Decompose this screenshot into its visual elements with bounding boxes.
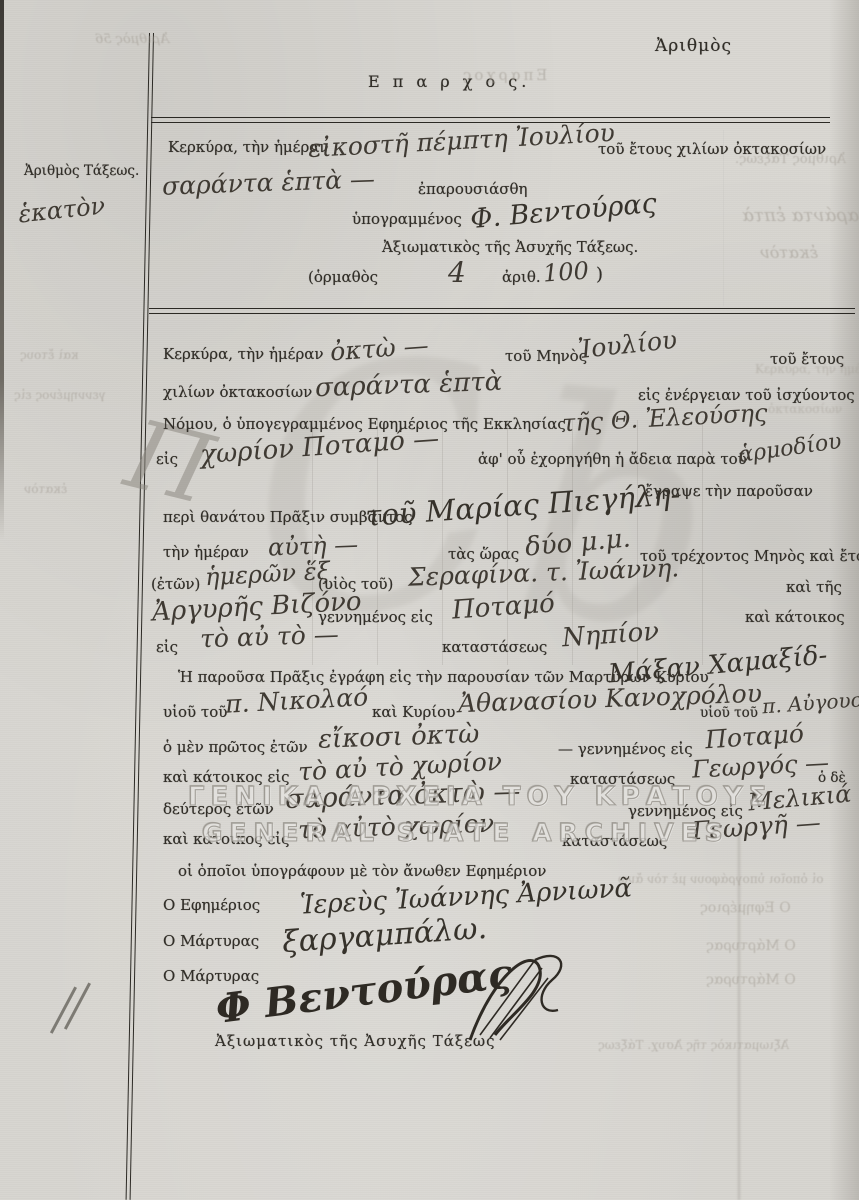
bleed-sign-clause: οἱ ὁποῖοι ὑπογράφουν μὲ τὸν ἄνω: [618, 872, 824, 886]
officer-of-police-label: Ἀξιωματικὸς τῆς Ἀσυχῆς Τάξεως.: [382, 238, 638, 256]
act-witness2-intro-label: καὶ Κυρίου: [372, 703, 455, 721]
act-residence-handwritten: τὸ αὐ τὸ —: [200, 620, 340, 654]
act-witness1-age-label: ὁ μὲν πρῶτος ἐτῶν: [163, 738, 308, 756]
act-village-intro-label: εἰς: [156, 450, 178, 468]
bleed-margin-line: καὶ ἔτους: [20, 348, 78, 362]
left-double-rule: [126, 33, 154, 1200]
officer-title-label: Ἀξιωματικὸς τῆς Ἀσυχῆς Τάξεως: [215, 1032, 496, 1050]
act-year-label: χιλίων ὀκτακοσίων: [163, 383, 312, 401]
scanned-document-page: C b Ἀριθμὸς Ἀριθμὸς 56 Ε π α ρ χ ο ς. Επ…: [0, 0, 859, 1200]
bundle-label: (ὁρμαθὸς: [308, 268, 378, 286]
bleed-eparchos: Επαρχος: [460, 66, 547, 84]
act-status-label: καταστάσεως: [442, 638, 547, 656]
archive-watermark-english: GENERAL STATE ARCHIVES: [202, 818, 730, 847]
closing-paren: ): [596, 264, 603, 285]
bleed-margin-line: ἑκατὸν: [24, 482, 67, 496]
act-day-of-death-label: τὴν ἡμέραν: [163, 543, 249, 561]
order-number-label: Ἀριθμὸς Τάξεως.: [24, 163, 139, 179]
record-number-label: Ἀριθμὸς: [655, 36, 732, 56]
bleed-margin-line: γεννημένος εἰς: [14, 388, 106, 402]
act-signing-clause-label: οἱ ὁποῖοι ὑπογράφουν μὲ τὸν ἄνωθεν Εφημέ…: [178, 862, 546, 880]
page-curl-shading: [829, 0, 859, 1200]
act-witness1-status-handwritten: Γεωργός —: [691, 748, 829, 783]
bleed-mid-right: Κερκύρα, τὴν ἡμέραν: [755, 362, 859, 376]
act-witness2-father-label: υἱοῦ τοῦ: [700, 705, 758, 721]
act-witness1-birthplace-handwritten: Ποταμό: [704, 719, 805, 755]
bleed-officer-title: Ἀξιωματικὸς τῆς Ἀσυχ. Τάξεως: [598, 1038, 789, 1052]
presented-label: ἐπαρουσιάσθη: [418, 180, 528, 198]
bleed-martyras: Ο Μάρτυρας: [706, 938, 796, 954]
pencil-tick-mark: [64, 982, 91, 1029]
act-resident-label: καὶ κάτοικος: [745, 608, 845, 626]
bleed-right-label: Ἀριθμὸς Τάξεως.: [735, 152, 846, 167]
section-divider-rule: [149, 308, 855, 314]
bleed-top-number: Ἀριθμὸς 56: [95, 32, 169, 47]
scan-left-edge: [0, 0, 4, 540]
efimerios-label: Ο Εφημέριος: [163, 896, 260, 914]
act-residence-intro-label: εἰς: [156, 638, 178, 656]
act-witness1-father-label: υἱοῦ τοῦ: [163, 703, 227, 721]
act-license-label: ἀφ' οὗ ἐχορηγήθη ἡ ἄδεια παρὰ τοῦ: [478, 450, 747, 468]
act-and-of-label: καὶ τῆς: [786, 578, 842, 596]
bleed-right-hw: ἑκατὸν: [760, 243, 818, 262]
act-age-label: (ἐτῶν): [151, 575, 200, 593]
act-witness1-father-handwritten: π. Νικολαό: [224, 682, 369, 718]
martyras1-label: Ο Μάρτυρας: [163, 932, 259, 950]
top-double-rule: [151, 117, 830, 123]
presentation-day-handwritten: εἰκοστῆ πέμπτη Ἰουλίου: [307, 118, 615, 163]
act-witness1-born-label: — γεννημένος εἰς: [558, 740, 693, 758]
number-abbrev-label: ἀριθ.: [502, 268, 541, 286]
order-number-handwritten: ἑκατὸν: [17, 192, 107, 229]
act-license-authority-handwritten: ἁρμοδίου: [737, 429, 843, 468]
act-place-day-label: Κερκύρα, τὴν ἡμέραν: [163, 345, 324, 363]
bleed-martyras: Ο Μάρτυρας: [706, 972, 796, 988]
record-number-handwritten: 100: [542, 256, 590, 287]
act-month-label: τοῦ Μηνὸς: [505, 347, 587, 365]
bleed-right-hw: σαράντα ἑπτὰ: [742, 205, 859, 226]
bundle-number-handwritten: 4: [448, 256, 466, 289]
bleed-mid-right: ὀκτακοσίων: [768, 402, 842, 416]
presentation-place-date-label: Κερκύρα, τὴν ἡμέραν: [168, 138, 329, 156]
archive-watermark-greek: ΓΕΝΙΚΑ ΑΡΧΕΙΑ ΤΟΥ ΚΡΑΤΟΥΣ: [188, 782, 772, 812]
bleed-efimerios: Ο Εφημέριος: [700, 900, 791, 916]
undersigned-label: ὑπογραμμένος: [352, 210, 462, 228]
presentation-year-handwritten: σαράντα ἑπτὰ —: [162, 164, 376, 200]
